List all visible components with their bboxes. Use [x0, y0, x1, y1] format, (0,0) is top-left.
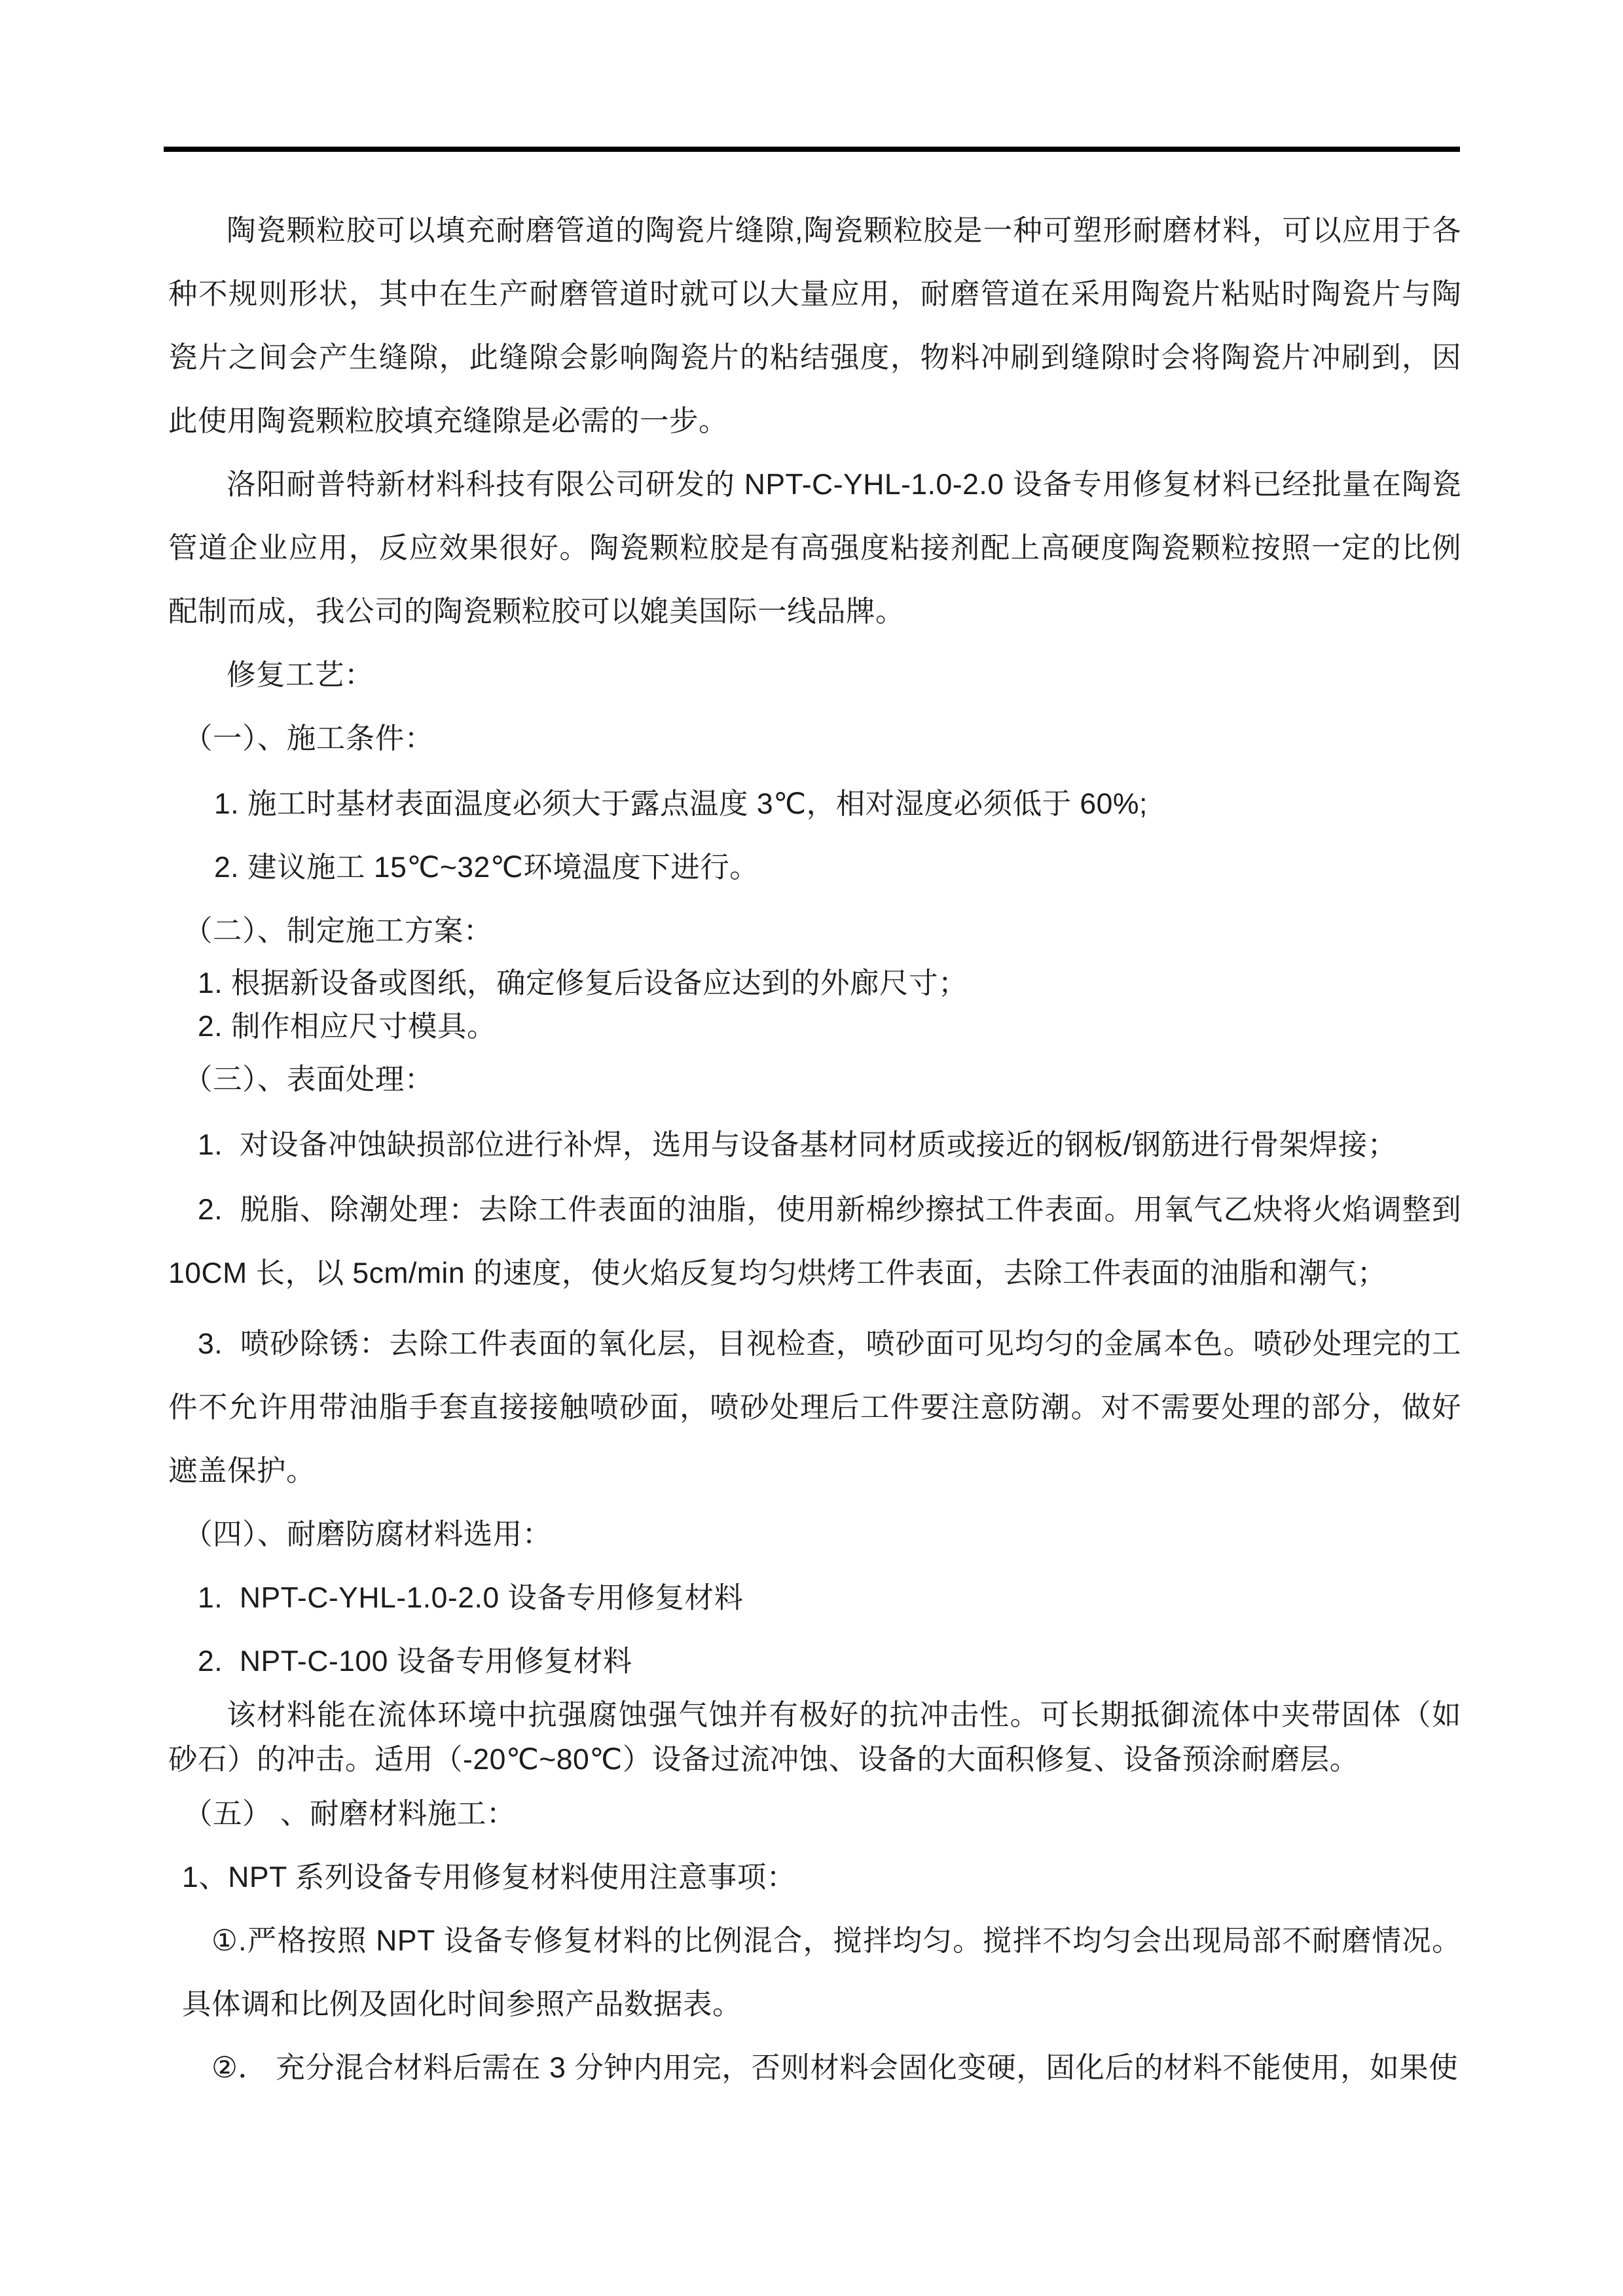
section-1-heading: （一）、施工条件：: [168, 707, 1461, 770]
section-2-heading: （二）、制定施工方案：: [168, 899, 1461, 963]
section-4-item-2: 2. NPT-C-100 设备专用修复材料: [168, 1630, 1461, 1693]
section-5-heading: （五） 、耐磨材料施工：: [168, 1782, 1461, 1846]
section-4-heading: （四）、耐磨防腐材料选用：: [168, 1503, 1461, 1566]
notice-item-2: ②． 充分混合材料后需在 3 分钟内用完，否则材料会固化变硬，固化后的材料不能使…: [168, 2036, 1461, 2100]
intro-paragraph: 陶瓷颗粒胶可以填充耐磨管道的陶瓷片缝隙,陶瓷颗粒胶是一种可塑形耐磨材料，可以应用…: [168, 199, 1461, 453]
section-3-item-1: 1. 对设备冲蚀缺损部位进行补焊，选用与设备基材同材质或接近的钢板/钢筋进行骨架…: [168, 1113, 1461, 1177]
document-page: 陶瓷颗粒胶可以填充耐磨管道的陶瓷片缝隙,陶瓷颗粒胶是一种可塑形耐磨材料，可以应用…: [0, 0, 1623, 2296]
section-3-item-2: 2. 脱脂、除潮处理：去除工件表面的油脂，使用新棉纱擦拭工件表面。用氧气乙炔将火…: [168, 1178, 1461, 1305]
section-2-item-1: 1. 根据新设备或图纸，确定修复后设备应达到的外廊尺寸；: [168, 963, 1461, 1005]
header-rule: [164, 147, 1460, 152]
section-4-item-1: 1. NPT-C-YHL-1.0-2.0 设备专用修复材料: [168, 1566, 1461, 1630]
section-1-item-2: 2. 建议施工 15℃~32℃环境温度下进行。: [168, 836, 1461, 899]
section-1-item-1: 1. 施工时基材表面温度必须大于露点温度 3℃，相对湿度必须低于 60%;: [168, 772, 1461, 836]
notice-item-1: ①.严格按照 NPT 设备专修复材料的比例混合，搅拌均匀。搅拌不均匀会出现局部不…: [168, 1909, 1461, 2036]
section-3-item-3: 3. 喷砂除锈：去除工件表面的氧化层，目视检查，喷砂面可见均匀的金属本色。喷砂处…: [168, 1312, 1461, 1503]
section-3-heading: （三）、表面处理：: [168, 1048, 1461, 1111]
section-2-item-2: 2. 制作相应尺寸模具。: [168, 1006, 1461, 1048]
repair-process-heading: 修复工艺：: [168, 643, 1461, 707]
material-description-paragraph: 该材料能在流体环境中抗强腐蚀强气蚀并有极好的抗冲击性。可长期抵御流体中夹带固体（…: [168, 1693, 1461, 1782]
document-body: 陶瓷颗粒胶可以填充耐磨管道的陶瓷片缝隙,陶瓷颗粒胶是一种可塑形耐磨材料，可以应用…: [168, 199, 1461, 2100]
company-paragraph: 洛阳耐普特新材料科技有限公司研发的 NPT-C-YHL-1.0-2.0 设备专用…: [168, 453, 1461, 643]
notice-heading: 1、NPT 系列设备专用修复材料使用注意事项：: [168, 1846, 1461, 1909]
